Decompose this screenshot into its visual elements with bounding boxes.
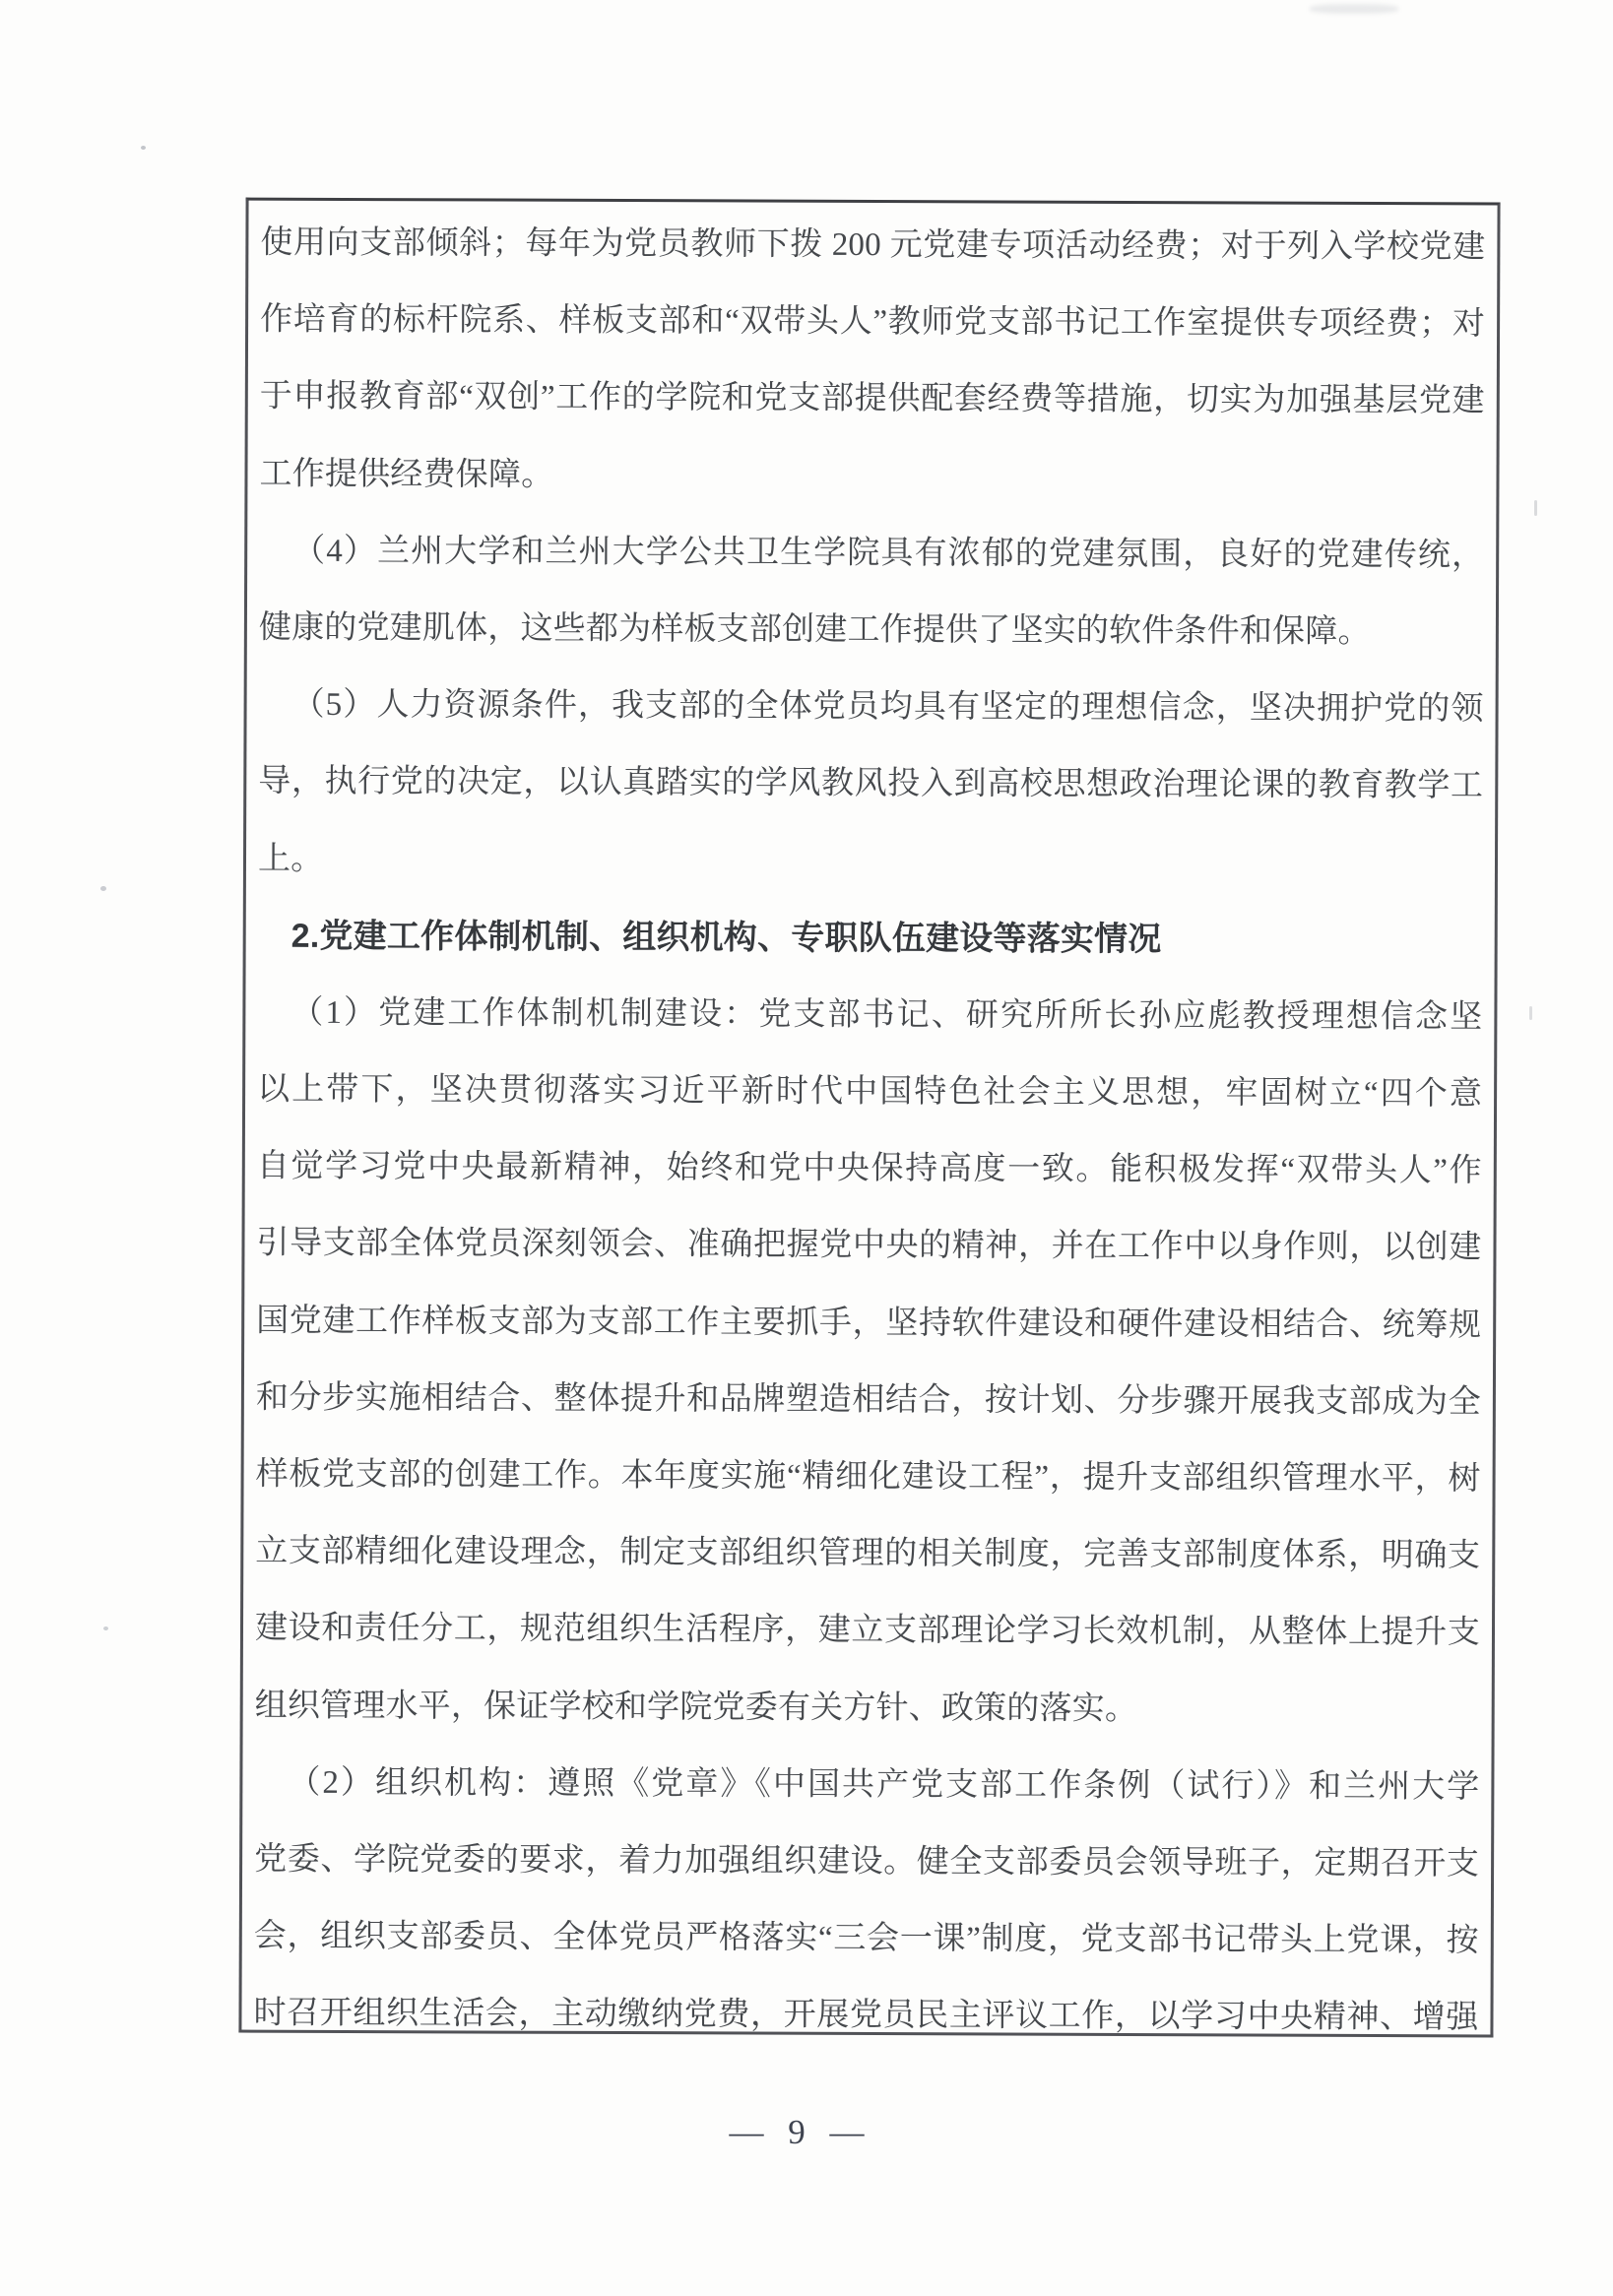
scanned-document-page: 使用向支部倾斜；每年为党员教师下拨 200 元党建专项活动经费；对于列入学校党建… [0,0,1613,2296]
text-line: （1）党建工作体制机制建设：党支部书记、研究所所长孙应彪教授理想信念坚定， [257,974,1482,1055]
text-line: 建设和责任分工，规范组织生活程序，建立支部理论学习长效机制，从整体上提升支部 [255,1590,1480,1672]
text-line: 样板党支部的创建工作。本年度实施“精细化建设工程”，提升支部组织管理水平，树 [255,1436,1480,1518]
text-line: 工作提供经费保障。 [259,435,1484,517]
section-heading-line: 2.党建工作体制机制、组织机构、专职队伍建设等落实情况 [258,897,1483,979]
text-line: 于申报教育部“双创”工作的学院和党支部提供配套经费等措施，切实为加强基层党建 [260,358,1485,440]
page-number: — 9 — [730,2113,867,2151]
text-line: 导，执行党的决定，以认真踏实的学风教风投入到高校思想政治理论课的教育教学工作 [258,743,1483,825]
text-line: 立支部精细化建设理念，制定支部组织管理的相关制度，完善支部制度体系，明确支部 [255,1513,1480,1595]
document-content-frame: 使用向支部倾斜；每年为党员教师下拨 200 元党建专项活动经费；对于列入学校党建… [238,198,1500,2038]
text-line: 健康的党建肌体，这些都为样板支部创建工作提供了坚实的软件条件和保障。 [259,590,1484,671]
text-line: （5）人力资源条件，我支部的全体党员均具有坚定的理想信念，坚决拥护党的领 [258,667,1483,748]
text-line: 国党建工作样板支部为支部工作主要抓手，坚持软件建设和硬件建设相结合、统筹规划 [256,1282,1481,1364]
document-lines: 使用向支部倾斜；每年为党员教师下拨 200 元党建专项活动经费；对于列入学校党建… [253,205,1485,2035]
text-line: 自觉学习党中央最新精神，始终和党中央保持高度一致。能积极发挥“双带头人”作用， [257,1128,1482,1210]
text-line: 时召开组织生活会，主动缴纳党费，开展党员民主评议工作，以学习中央精神、增强全 [253,1975,1478,2034]
scan-speck [1529,1006,1532,1020]
scan-speck [100,886,106,891]
text-line: 作培育的标杆院系、样板支部和“双带头人”教师党支部书记工作室提供专项经费；对 [260,282,1485,363]
text-line: 和分步实施相结合、整体提升和品牌塑造相结合，按计划、分步骤开展我支部成为全国 [256,1359,1481,1440]
text-line: 会，组织支部委员、全体党员严格落实“三会一课”制度，党支部书记带头上党课，按 [254,1898,1479,1980]
page-footer: — 9 — [0,2113,1613,2152]
scan-speck [1534,500,1537,516]
scan-speck [103,1626,108,1630]
text-line: 使用向支部倾斜；每年为党员教师下拨 200 元党建专项活动经费；对于列入学校党建… [260,205,1485,287]
text-line: 上。 [258,820,1483,902]
text-line: 组织管理水平，保证学校和学院党委有关方针、政策的落实。 [255,1667,1480,1749]
text-line: （4）兰州大学和兰州大学公共卫生学院具有浓郁的党建氛围，良好的党建传统， [259,512,1484,594]
scan-speck [141,146,146,150]
text-line: 引导支部全体党员深刻领会、准确把握党中央的精神，并在工作中以身作则，以创建全 [256,1205,1481,1287]
text-line: 党委、学院党委的要求，着力加强组织建设。健全支部委员会领导班子，定期召开支委 [254,1821,1479,1903]
text-line: （2）组织机构：遵照《党章》《中国共产党支部工作条例（试行）》和兰州大学 [254,1744,1479,1825]
scan-smudge [1310,4,1398,14]
text-line: 以上带下，坚决贯彻落实习近平新时代中国特色社会主义思想，牢固树立“四个意识”， [257,1052,1482,1133]
